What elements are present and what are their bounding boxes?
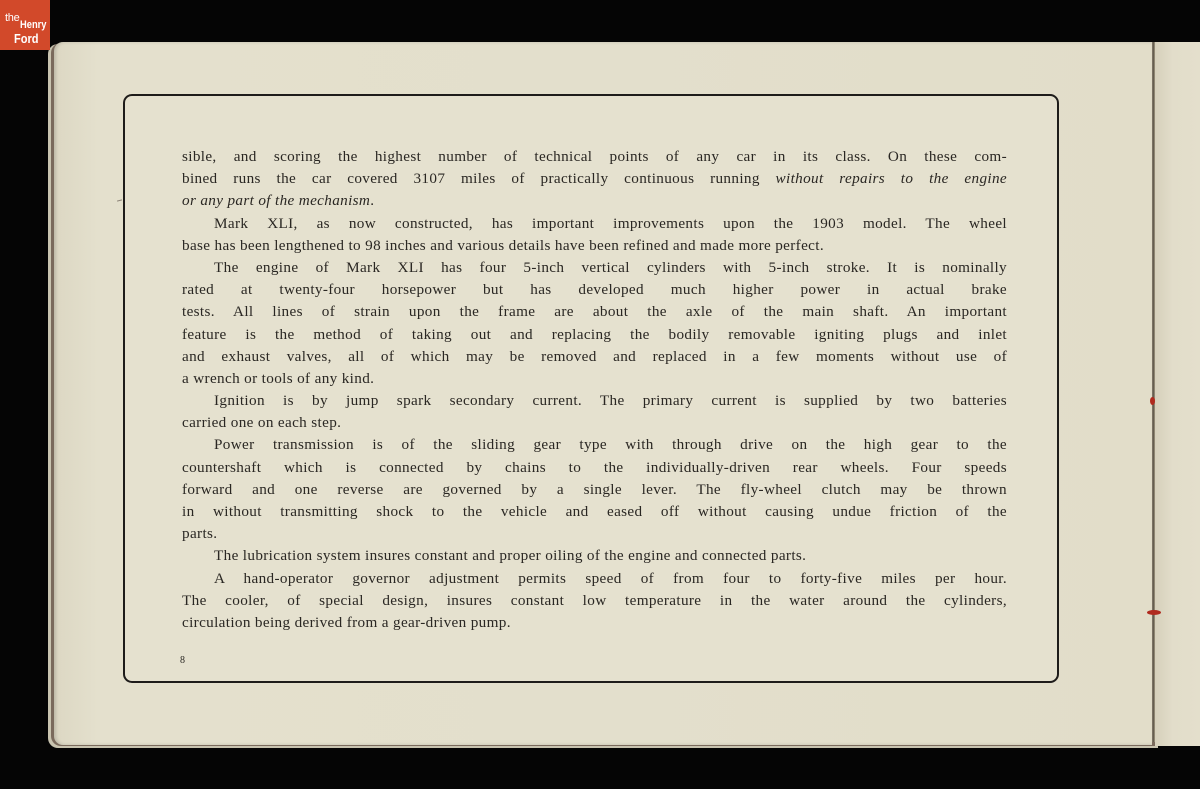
text-run: bined runs the car covered 3107 miles of…	[182, 170, 776, 187]
text-line: a wrench or tools of any kind.	[182, 368, 1007, 390]
text-line: circulation being derived from a gear-dr…	[182, 612, 1007, 634]
text-line: and exhaust valves, all of which may be …	[182, 346, 1007, 368]
page-body-text: sible, and scoring the highest number of…	[182, 146, 1007, 634]
text-line: carried one on each step.	[182, 412, 1007, 434]
viewer-stage: the Henry Ford sible, and scoring the hi…	[0, 0, 1200, 789]
text-run: .	[370, 192, 374, 209]
right-page-edge	[1155, 42, 1200, 746]
henry-ford-logo[interactable]: the Henry Ford	[0, 0, 50, 50]
text-line: The engine of Mark XLI has four 5-inch v…	[182, 257, 1007, 279]
paragraph: The lubrication system insures constant …	[182, 545, 1007, 567]
paragraph: sible, and scoring the highest number of…	[182, 146, 1007, 213]
text-line: A hand-operator governor adjustment perm…	[182, 568, 1007, 590]
page-number: 8	[180, 655, 185, 666]
text-line: in without transmitting shock to the veh…	[182, 501, 1007, 523]
italic-text: without repairs to the engine	[776, 170, 1007, 187]
paragraph: Mark XLI, as now constructed, has import…	[182, 213, 1007, 257]
logo-ford: Ford	[14, 32, 39, 45]
text-line: base has been lengthened to 98 inches an…	[182, 235, 1007, 257]
text-line: Ignition is by jump spark secondary curr…	[182, 390, 1007, 412]
text-line: The lubrication system insures constant …	[182, 545, 1007, 567]
text-line: bined runs the car covered 3107 miles of…	[182, 168, 1007, 190]
text-line: forward and one reverse are governed by …	[182, 479, 1007, 501]
logo-the: the	[5, 13, 19, 24]
text-line: Mark XLI, as now constructed, has import…	[182, 213, 1007, 235]
text-run: sible, and scoring the highest number of…	[182, 148, 1007, 165]
text-line: or any part of the mechanism.	[182, 190, 1007, 212]
italic-text: or any part of the mechanism	[182, 192, 370, 209]
text-line: feature is the method of taking out and …	[182, 324, 1007, 346]
text-line: parts.	[182, 523, 1007, 545]
paragraph: Power transmission is of the sliding gea…	[182, 434, 1007, 545]
text-line: Power transmission is of the sliding gea…	[182, 434, 1007, 456]
text-line: countershaft which is connected by chain…	[182, 457, 1007, 479]
paragraph: A hand-operator governor adjustment perm…	[182, 568, 1007, 635]
paragraph: The engine of Mark XLI has four 5-inch v…	[182, 257, 1007, 390]
logo-henry: Henry	[20, 20, 47, 31]
red-thread-mark	[1147, 610, 1161, 615]
text-line: sible, and scoring the highest number of…	[182, 146, 1007, 168]
text-line: tests. All lines of strain upon the fram…	[182, 301, 1007, 323]
paragraph: Ignition is by jump spark secondary curr…	[182, 390, 1007, 434]
red-thread-mark	[1150, 397, 1155, 405]
text-line: The cooler, of special design, insures c…	[182, 590, 1007, 612]
text-line: rated at twenty-four horsepower but has …	[182, 279, 1007, 301]
